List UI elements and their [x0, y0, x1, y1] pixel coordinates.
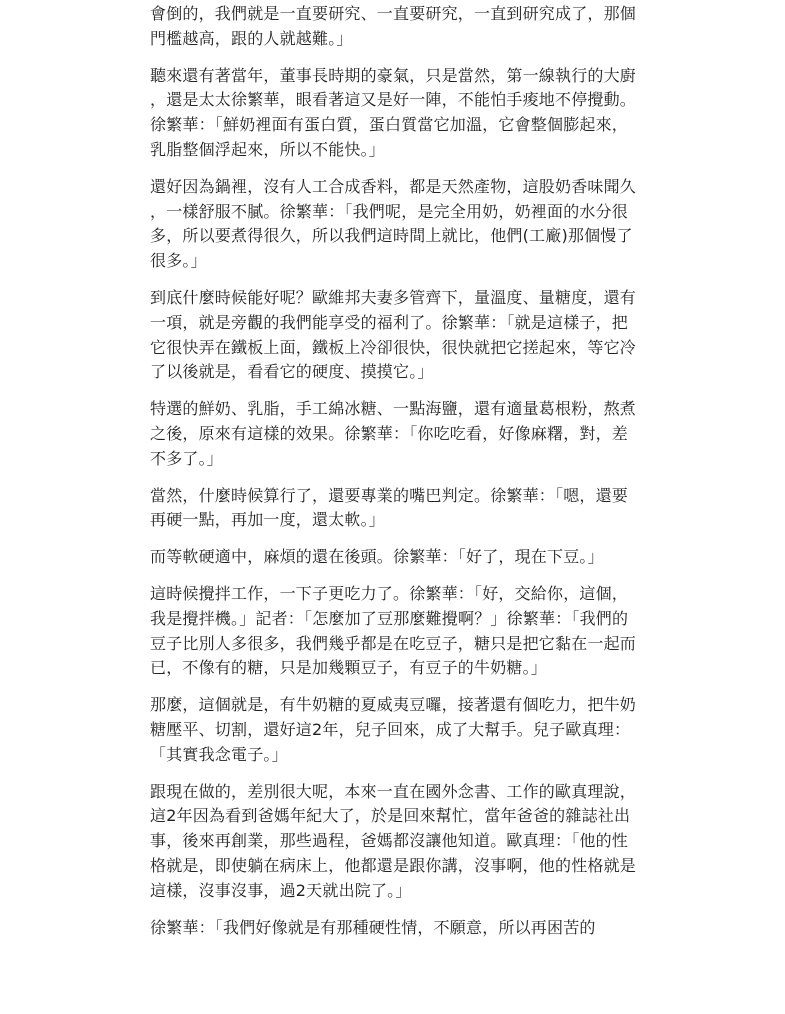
- article-paragraph: 到底什麼時候能好呢？歐維邦夫妻多管齊下，量溫度、量糖度，還有一項，就是旁觀的我們…: [150, 286, 638, 385]
- article-paragraph: 跟現在做的，差別很大呢，本來一直在國外念書、工作的歐真理說，這2年因為看到爸媽年…: [150, 780, 638, 904]
- article-body: 會倒的，我們就是一直要研究、一直要研究，一直到研究成了，那個門檻越高，跟的人就越…: [150, 2, 638, 952]
- article-paragraph: 徐繁華：「我們好像就是有那種硬性情，不願意，所以再困苦的: [150, 916, 638, 941]
- article-paragraph: 當然，什麼時候算行了，還要專業的嘴巴判定。徐繁華：「嗯，還要再硬一點，再加一度，…: [150, 484, 638, 534]
- article-paragraph: 而等軟硬適中，麻煩的還在後頭。徐繁華：「好了，現在下豆。」: [150, 545, 638, 570]
- article-paragraph: 聽來還有著當年，董事長時期的豪氣，只是當然，第一線執行的大廚，還是太太徐繁華，眼…: [150, 64, 638, 163]
- article-paragraph: 還好因為鍋裡，沒有人工合成香料，都是天然產物，這股奶香味聞久，一樣舒服不膩。徐繁…: [150, 175, 638, 274]
- article-paragraph: 會倒的，我們就是一直要研究、一直要研究，一直到研究成了，那個門檻越高，跟的人就越…: [150, 2, 638, 52]
- article-paragraph: 這時候攪拌工作，一下子更吃力了。徐繁華：「好，交給你，這個，我是攪拌機。」記者：…: [150, 582, 638, 681]
- article-paragraph: 那麼，這個就是，有牛奶糖的夏威夷豆囉，接著還有個吃力，把牛奶糖壓平、切割，還好這…: [150, 693, 638, 767]
- article-paragraph: 特選的鮮奶、乳脂，手工綿冰糖、一點海鹽，還有適量葛根粉，熬煮之後，原來有這樣的效…: [150, 397, 638, 471]
